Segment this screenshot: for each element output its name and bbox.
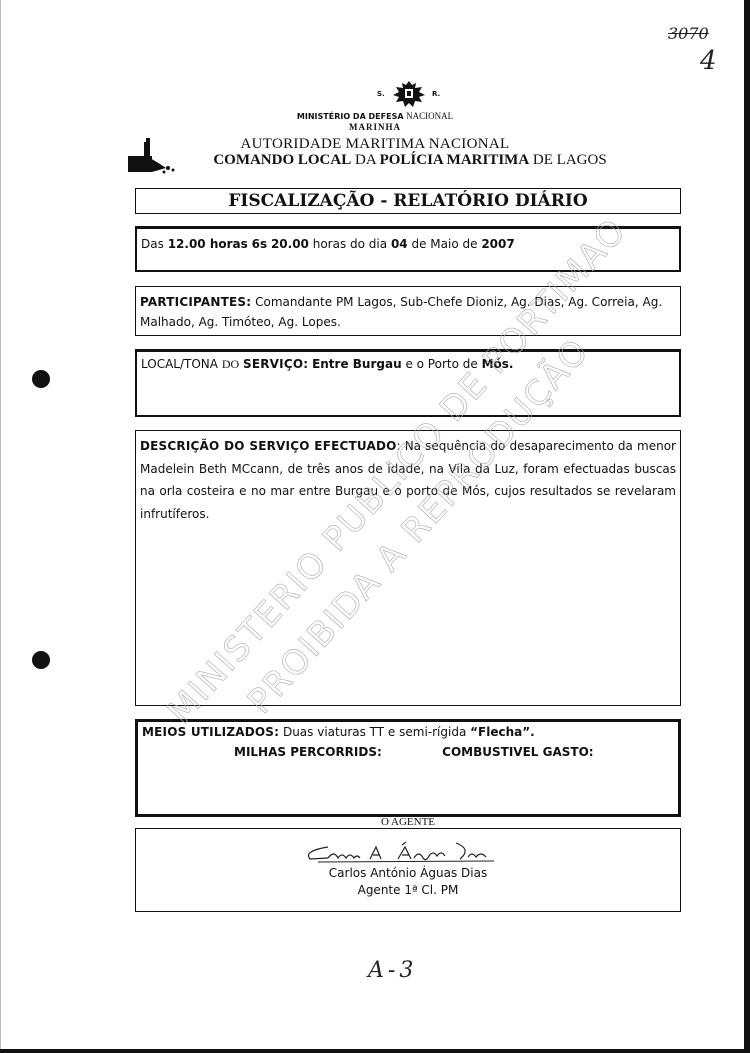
fuel-label: COMBUSTIVEL GASTO:	[442, 745, 593, 759]
handwritten-reference-struck: 3070	[668, 24, 709, 43]
description-section: DESCRIÇÃO DO SERVIÇO EFECTUADO: Na sequê…	[135, 430, 681, 706]
signature-section: Carlos António Águas Dias Agente 1ª Cl. …	[135, 828, 681, 912]
agent-name: Carlos António Águas Dias	[136, 865, 680, 882]
command-name: COMANDO LOCAL DA POLÍCIA MARITIMA DE LAG…	[0, 152, 750, 169]
signature-icon	[298, 839, 518, 865]
description-label: DESCRIÇÃO DO SERVIÇO EFECTUADO	[140, 439, 397, 453]
punch-hole-icon	[32, 651, 50, 669]
branch-name: MARINHA	[0, 122, 750, 132]
punch-hole-icon	[32, 370, 50, 388]
scan-edge-bottom	[0, 1049, 750, 1053]
participants-label: PARTICIPANTES:	[140, 295, 251, 309]
location-value: Entre Burgau	[312, 357, 402, 371]
location-section: LOCAL/TONA DO SERVIÇO: Entre Burgau e o …	[135, 349, 681, 417]
handwritten-page-mark: A-3	[368, 958, 417, 983]
crest-right-letter: R.	[432, 90, 440, 98]
report-period: Das 12.00 horas 6s 20.00 horas do dia 04…	[135, 226, 681, 272]
report-title: FISCALIZAÇÃO - RELATÓRIO DIÁRIO	[135, 188, 681, 214]
means-section: MEIOS UTILIZADOS: Duas viaturas TT e sem…	[135, 719, 681, 817]
means-label: MEIOS UTILIZADOS:	[142, 725, 279, 739]
means-value: Duas viaturas TT e semi-rígida	[283, 725, 466, 739]
location-label: LOCAL/TONA	[141, 357, 218, 371]
miles-label: MILHAS PERCORRIDS:	[234, 745, 382, 759]
agent-label: O AGENTE	[0, 816, 750, 828]
participants-section: PARTICIPANTES: Comandante PM Lagos, Sub-…	[135, 286, 681, 336]
agent-rank: Agente 1ª Cl. PM	[136, 882, 680, 899]
authority-name: AUTORIDADE MARITIMA NACIONAL	[0, 136, 750, 153]
crest-left-letter: S.	[377, 90, 385, 98]
coat-of-arms-icon	[392, 80, 426, 108]
ministry-name: MINISTÉRIO DA DEFESA NACIONAL	[0, 111, 750, 121]
handwritten-page-number: 4	[700, 46, 717, 76]
vessel-name: “Flecha”.	[470, 725, 535, 739]
